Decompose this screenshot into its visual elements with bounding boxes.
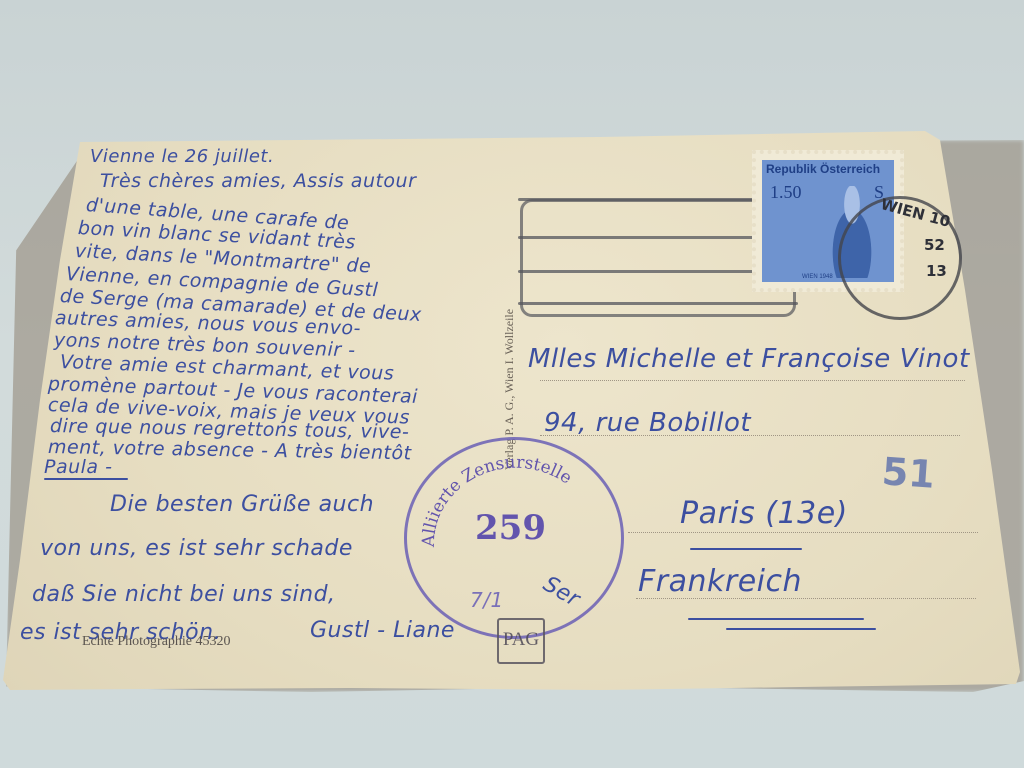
- recipient-country: Frankreich: [638, 564, 802, 599]
- city-underline: [690, 548, 802, 550]
- country-underline: [688, 618, 864, 620]
- crayon-mark-51: 51: [881, 449, 937, 497]
- address-line: [628, 532, 978, 533]
- message-line: von uns, es ist sehr schade: [40, 536, 353, 561]
- postcard: Vienne le 26 juillet. Très chères amies,…: [0, 0, 1024, 768]
- censor-number: 259: [475, 508, 546, 548]
- message-signature-paula: Paula -: [44, 456, 112, 478]
- address-line: [540, 380, 965, 381]
- stamp-country: Republik Österreich: [766, 162, 880, 176]
- stamp-value: 1.50: [770, 182, 802, 203]
- recipient-name: Mlles Michelle et Françoise Vinot: [528, 344, 970, 374]
- recipient-city: Paris (13e): [680, 496, 848, 531]
- message-line: Très chères amies, Assis autour: [100, 170, 416, 192]
- signature-underline: [44, 478, 128, 480]
- photo-note: Echte Photographie 45320: [82, 634, 231, 650]
- recipient-street: 94, rue Bobillot: [544, 408, 751, 438]
- message-line: daß Sie nicht bei uns sind,: [32, 582, 336, 607]
- message-line: Vienne le 26 juillet.: [90, 146, 274, 167]
- country-underline-2: [726, 628, 876, 630]
- postmark-date-2: 13: [926, 262, 947, 280]
- message-line: Die besten Grüße auch: [110, 492, 374, 517]
- pag-stamp: PAG: [497, 618, 545, 664]
- postmark-date-1: 52: [924, 236, 945, 254]
- stamp-bottom-text: WIEN 1948: [802, 274, 833, 280]
- fraction-mark: 7/1: [470, 588, 504, 612]
